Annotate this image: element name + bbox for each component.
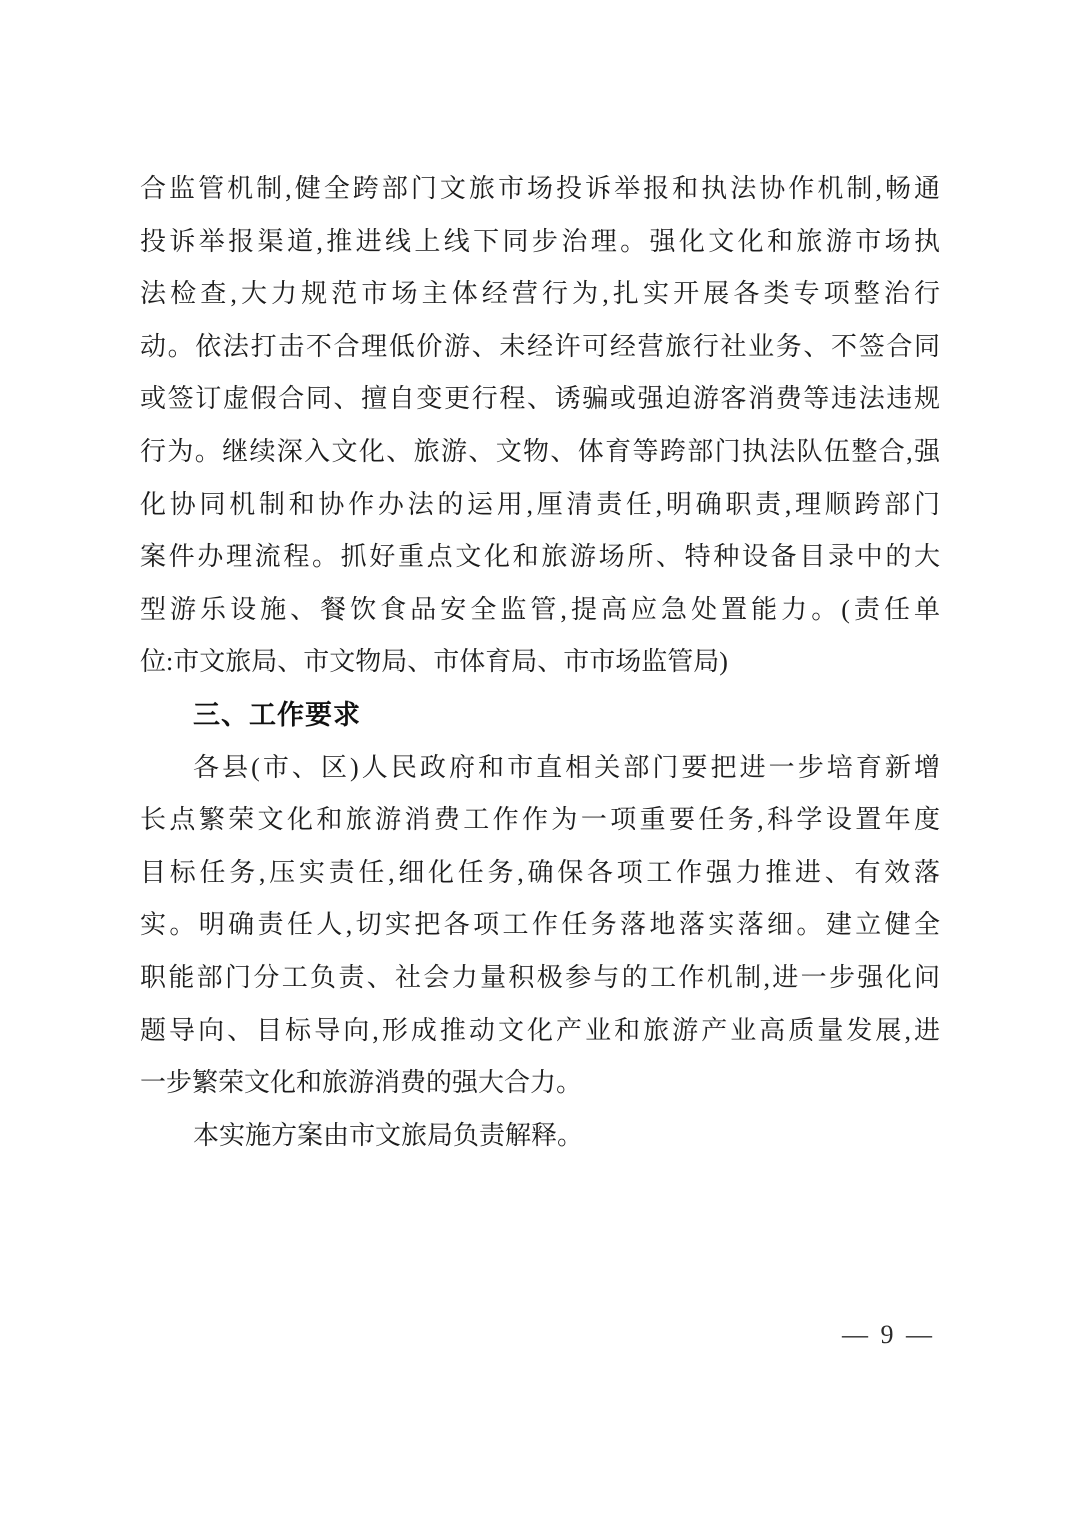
document-line: 案件办理流程。抓好重点文化和旅游场所、特种设备目录中的大 bbox=[140, 531, 940, 584]
document-line: 目标任务,压实责任,细化任务,确保各项工作强力推进、有效落 bbox=[140, 847, 940, 900]
document-line: 实。明确责任人,切实把各项工作任务落地落实落细。建立健全 bbox=[140, 899, 940, 952]
document-page: 合监管机制,健全跨部门文旅市场投诉举报和执法协作机制,畅通 投诉举报渠道,推进线… bbox=[0, 0, 1080, 1529]
document-line: 职能部门分工负责、社会力量积极参与的工作机制,进一步强化问 bbox=[140, 952, 940, 1005]
document-line: 位:市文旅局、市文物局、市体育局、市市场监管局) bbox=[140, 636, 940, 689]
document-line: 合监管机制,健全跨部门文旅市场投诉举报和执法协作机制,畅通 bbox=[140, 163, 940, 216]
document-line: 本实施方案由市文旅局负责解释。 bbox=[140, 1110, 940, 1163]
document-line: 动。依法打击不合理低价游、未经许可经营旅行社业务、不签合同 bbox=[140, 321, 940, 374]
page-number: — 9 — bbox=[842, 1320, 962, 1350]
document-line: 行为。继续深入文化、旅游、文物、体育等跨部门执法队伍整合,强 bbox=[140, 426, 940, 479]
document-line: 题导向、目标导向,形成推动文化产业和旅游产业高质量发展,进 bbox=[140, 1005, 940, 1058]
document-body: 合监管机制,健全跨部门文旅市场投诉举报和执法协作机制,畅通 投诉举报渠道,推进线… bbox=[140, 163, 940, 1162]
document-line: 各县(市、区)人民政府和市直相关部门要把进一步培育新增 bbox=[140, 742, 940, 795]
document-line: 型游乐设施、餐饮食品安全监管,提高应急处置能力。(责任单 bbox=[140, 584, 940, 637]
document-line: 长点繁荣文化和旅游消费工作作为一项重要任务,科学设置年度 bbox=[140, 794, 940, 847]
document-line: 法检查,大力规范市场主体经营行为,扎实开展各类专项整治行 bbox=[140, 268, 940, 321]
section-heading: 三、工作要求 bbox=[140, 689, 940, 742]
document-line: 或签订虚假合同、擅自变更行程、诱骗或强迫游客消费等违法违规 bbox=[140, 373, 940, 426]
document-line: 一步繁荣文化和旅游消费的强大合力。 bbox=[140, 1057, 940, 1110]
document-line: 投诉举报渠道,推进线上线下同步治理。强化文化和旅游市场执 bbox=[140, 216, 940, 269]
document-line: 化协同机制和协作办法的运用,厘清责任,明确职责,理顺跨部门 bbox=[140, 479, 940, 532]
